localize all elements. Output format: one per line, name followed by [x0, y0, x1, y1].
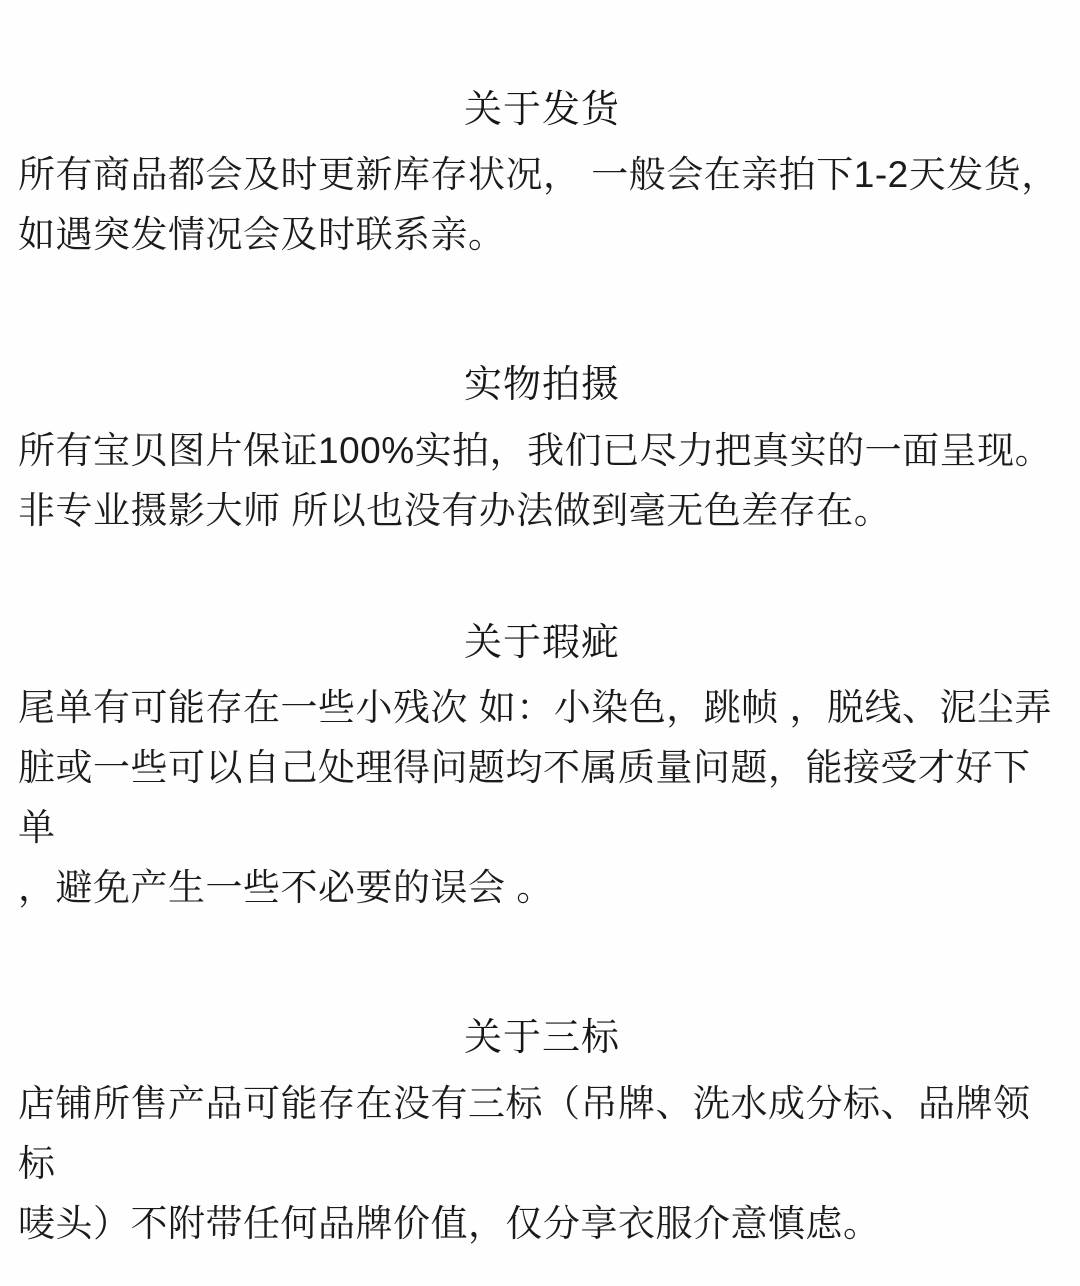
section-shipping: 关于发货 所有商品都会及时更新库存状况， 一般会在亲拍下1-2天发货， 如遇突发…	[18, 86, 1066, 265]
section-shipping-body: 所有商品都会及时更新库存状况， 一般会在亲拍下1-2天发货， 如遇突发情况会及时…	[18, 145, 1066, 265]
section-flaws-heading: 关于瑕疵	[18, 619, 1066, 668]
section-real-photos: 实物拍摄 所有宝贝图片保证100%实拍，我们已尽力把真实的一面呈现。 非专业摄影…	[18, 361, 1066, 540]
section-flaws: 关于瑕疵 尾单有可能存在一些小残次 如：小染色，跳帧 ，脱线、泥尘弄 脏或一些可…	[18, 619, 1066, 918]
section-three-labels-body: 店铺所售产品可能存在没有三标（吊牌、洗水成分标、品牌领标 唛头）不附带任何品牌价…	[18, 1074, 1066, 1254]
section-flaws-body: 尾单有可能存在一些小残次 如：小染色，跳帧 ，脱线、泥尘弄 脏或一些可以自己处理…	[18, 678, 1066, 918]
section-shipping-heading: 关于发货	[18, 86, 1066, 135]
section-real-photos-body: 所有宝贝图片保证100%实拍，我们已尽力把真实的一面呈现。 非专业摄影大师 所以…	[18, 421, 1066, 541]
section-three-labels-heading: 关于三标	[18, 1014, 1066, 1063]
section-real-photos-heading: 实物拍摄	[18, 361, 1066, 410]
section-three-labels: 关于三标 店铺所售产品可能存在没有三标（吊牌、洗水成分标、品牌领标 唛头）不附带…	[18, 1014, 1066, 1253]
store-notice-page: 关于发货 所有商品都会及时更新库存状况， 一般会在亲拍下1-2天发货， 如遇突发…	[0, 0, 1080, 1286]
